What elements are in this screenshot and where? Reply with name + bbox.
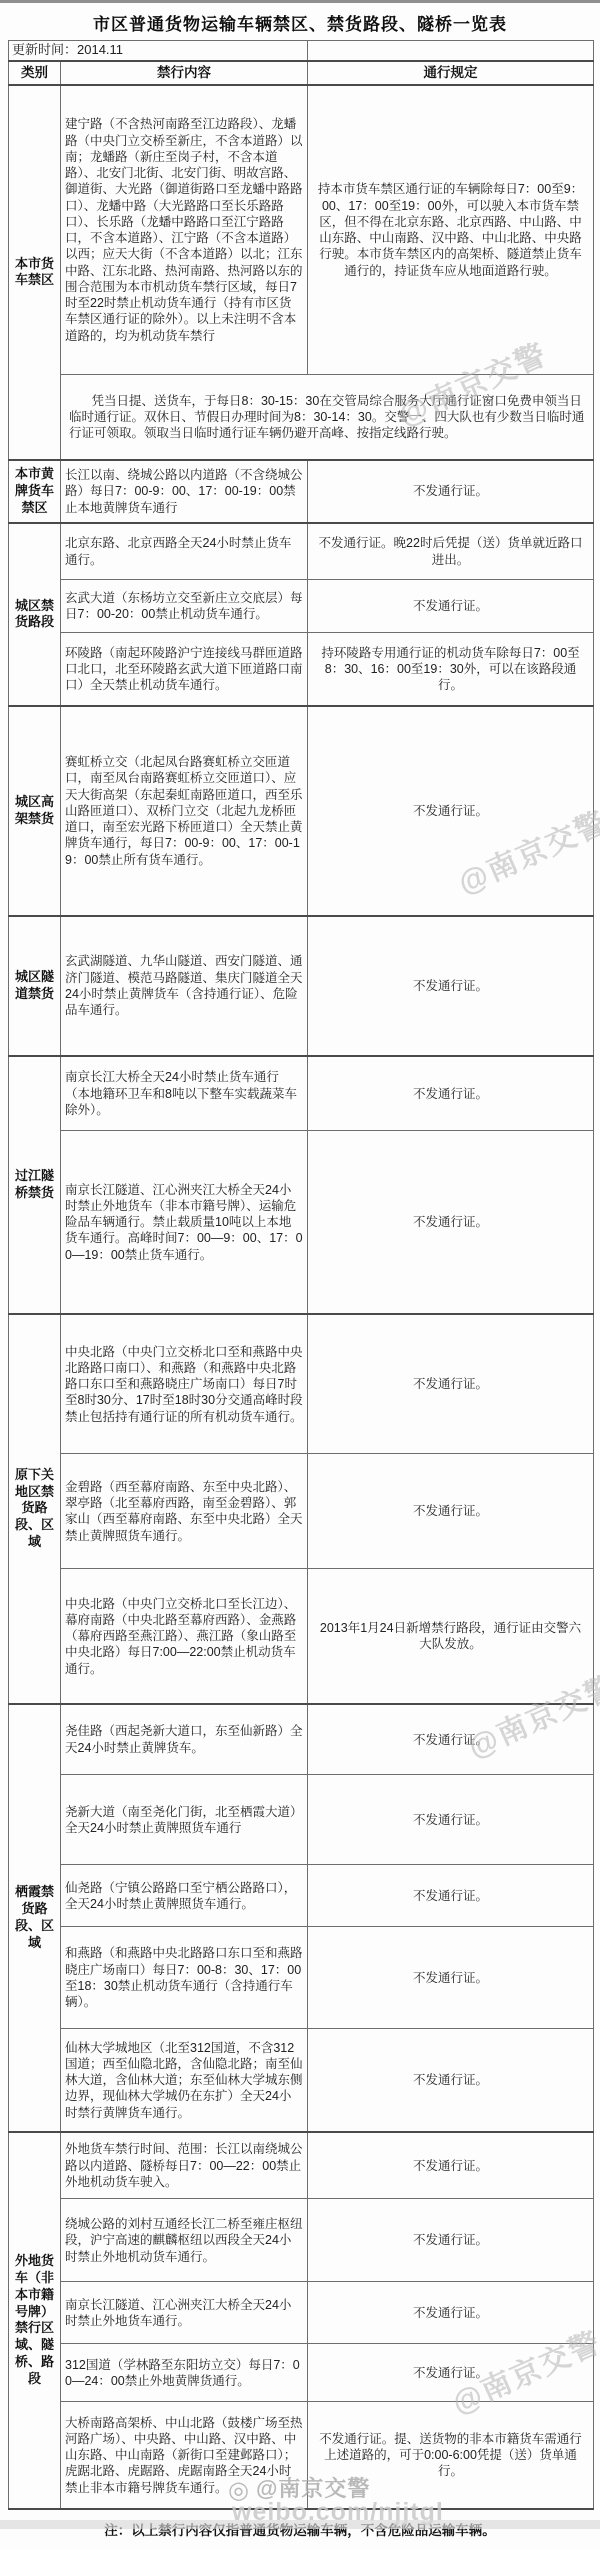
table-row: 外地货车（非本市籍号牌）禁行区域、隧桥、路段外地货车禁行时间、范围：长江以南绕城…: [9, 2132, 594, 2199]
table-row: 中央北路（中央门立交桥北口至长江边）、幕府南路（中央北路至幕府西路）、金燕路（幕…: [9, 1569, 594, 1704]
table-row: 和燕路（和燕路中央北路路口东口至和燕路晓庄广场南口）每日7：00-8：30、17…: [9, 1927, 594, 2029]
regulation-cell: 不发通行证。: [308, 1865, 594, 1927]
merged-note-cell: 凭当日提、送货车，于每日8：30-15：30在交管局综合服务大厅通行证窗口免费申…: [61, 375, 594, 460]
category-cell: 过江隧桥禁货: [9, 1056, 61, 1314]
table-header-row: 类别 禁行内容 通行规定: [9, 61, 594, 85]
category-cell: 外地货车（非本市籍号牌）禁行区域、隧桥、路段: [9, 2132, 61, 2509]
regulation-cell: 不发通行证。: [308, 580, 594, 633]
category-cell: 城区禁货路段: [9, 523, 61, 706]
restriction-content-cell: 仙林大学城地区（北至312国道，不含312国道；西至仙隐北路，含仙隐北路；南至仙…: [61, 2029, 308, 2132]
table-row: 过江隧桥禁货南京长江大桥全天24小时禁止货车通行（本地籍环卫车和8吨以下整车实载…: [9, 1056, 594, 1131]
regulation-cell: 不发通行证。: [308, 1131, 594, 1314]
regulation-cell: 不发通行证。: [308, 1056, 594, 1131]
restriction-content-cell: 玄武湖隧道、九华山隧道、西安门隧道、通济门隧道、模范马路隧道、集庆门隧道全天24…: [61, 916, 308, 1056]
table-row: 凭当日提、送货车，于每日8：30-15：30在交管局综合服务大厅通行证窗口免费申…: [9, 375, 594, 460]
column-header-regulation: 通行规定: [308, 61, 594, 85]
restriction-content-cell: 南京长江隧道、江心洲夹江大桥全天24小时禁止外地货车（非本市籍号牌）、运输危险品…: [61, 1131, 308, 1314]
table-row: 尧新大道（南至尧化门街，北至栖霞大道）全天24小时禁止黄牌照货车通行不发通行证。: [9, 1775, 594, 1865]
table-row: 本市黄牌货车禁区长江以南、绕城公路以内道路（不含绕城公路）每日7：00-9：00…: [9, 460, 594, 523]
regulation-cell: 2013年1月24日新增禁行路段，通行证由交警六大队发放。: [308, 1569, 594, 1704]
restriction-content-cell: 金碧路（西至幕府南路、东至中央北路）、翠亭路（北至幕府西路，南至金碧路）、郭家山…: [61, 1454, 308, 1569]
regulation-cell: 不发通行证。提、送货物的非本市籍货车需通行上述道路的，可于0:00-6:00凭提…: [308, 2402, 594, 2509]
regulation-cell: 不发通行证。: [308, 2344, 594, 2402]
updated-timestamp: 更新时间：2014.11: [9, 41, 308, 61]
page-title: 市区普通货物运输车辆禁区、禁货路段、隧桥一览表: [0, 3, 600, 40]
regulation-cell: 不发通行证。: [308, 460, 594, 523]
restriction-content-cell: 312国道（学林路至东阳坊立交）每日7：00—24：00禁止外地黄牌货通行。: [61, 2344, 308, 2402]
table-row: 玄武大道（东杨坊立交至新庄立交底层）每日7：00-20：00禁止机动货车通行。不…: [9, 580, 594, 633]
regulation-cell: 持本市货车禁区通行证的车辆除每日7：00至9：00、17：00至19：00外，可…: [308, 85, 594, 375]
category-cell: 本市黄牌货车禁区: [9, 460, 61, 523]
table-row: 原下关地区禁货路段、区域中央北路（中央门立交桥北口至和燕路中央北路路口南口）、和…: [9, 1314, 594, 1454]
regulation-cell: 不发通行证。: [308, 2132, 594, 2199]
restriction-content-cell: 大桥南路高架桥、中山北路（鼓楼广场至热河路广场）、中央路、中山路、汉中路、中山东…: [61, 2402, 308, 2509]
restriction-content-cell: 绕城公路的刘村互通经长江二桥至雍庄枢纽段，沪宁高速的麒麟枢纽以西段全天24小时禁…: [61, 2199, 308, 2282]
table-row: 南京长江隧道、江心洲夹江大桥全天24小时禁止外地货车通行。不发通行证。: [9, 2282, 594, 2344]
table-row: 南京长江隧道、江心洲夹江大桥全天24小时禁止外地货车（非本市籍号牌）、运输危险品…: [9, 1131, 594, 1314]
regulation-cell: 不发通行证。: [308, 1314, 594, 1454]
regulation-cell: 不发通行证。: [308, 706, 594, 916]
table-row: 城区高架禁货赛虹桥立交（北起凤台路赛虹桥立交匝道口，南至凤台南路赛虹桥立交匝道口…: [9, 706, 594, 916]
restriction-content-cell: 环陵路（南起环陵路沪宁连接线马群匝道路口北口，北至环陵路玄武大道下匝道路口南口）…: [61, 633, 308, 706]
regulation-cell: 不发通行证。晚22时后凭提（送）货单就近路口进出。: [308, 523, 594, 580]
table-row: 绕城公路的刘村互通经长江二桥至雍庄枢纽段，沪宁高速的麒麟枢纽以西段全天24小时禁…: [9, 2199, 594, 2282]
category-cell: 城区高架禁货: [9, 706, 61, 916]
table-row: 城区禁货路段北京东路、北京西路全天24小时禁止货车通行。不发通行证。晚22时后凭…: [9, 523, 594, 580]
restriction-content-cell: 仙尧路（宁镇公路路口至宁栖公路路口），全天24小时禁止黄牌照货车通行。: [61, 1865, 308, 1927]
table-row: 仙林大学城地区（北至312国道，不含312国道；西至仙隐北路，含仙隐北路；南至仙…: [9, 2029, 594, 2132]
regulation-cell: 不发通行证。: [308, 2199, 594, 2282]
restriction-content-cell: 长江以南、绕城公路以内道路（不含绕城公路）每日7：00-9：00、17：00-1…: [61, 460, 308, 523]
table-row: 城区隧道禁货玄武湖隧道、九华山隧道、西安门隧道、通济门隧道、模范马路隧道、集庆门…: [9, 916, 594, 1056]
restriction-table-wrapper: 更新时间：2014.11 类别 禁行内容 通行规定 本市货车禁区建宁路（不含热河…: [8, 40, 593, 2510]
category-cell: 栖霞禁货路段、区域: [9, 1704, 61, 2132]
restriction-content-cell: 尧佳路（西起尧新大道口，东至仙新路）全天24小时禁止黄牌货车。: [61, 1704, 308, 1775]
column-header-restriction: 禁行内容: [61, 61, 308, 85]
restriction-content-cell: 玄武大道（东杨坊立交至新庄立交底层）每日7：00-20：00禁止机动货车通行。: [61, 580, 308, 633]
restriction-content-cell: 和燕路（和燕路中央北路路口东口至和燕路晓庄广场南口）每日7：00-8：30、17…: [61, 1927, 308, 2029]
table-row: 仙尧路（宁镇公路路口至宁栖公路路口），全天24小时禁止黄牌照货车通行。不发通行证…: [9, 1865, 594, 1927]
restriction-content-cell: 中央北路（中央门立交桥北口至长江边）、幕府南路（中央北路至幕府西路）、金燕路（幕…: [61, 1569, 308, 1704]
restriction-content-cell: 赛虹桥立交（北起凤台路赛虹桥立交匝道口，南至凤台南路赛虹桥立交匝道口）、应天大街…: [61, 706, 308, 916]
table-row: 大桥南路高架桥、中山北路（鼓楼广场至热河路广场）、中央路、中山路、汉中路、中山东…: [9, 2402, 594, 2509]
regulation-cell: 不发通行证。: [308, 1775, 594, 1865]
footer-note: 注：以上禁行内容仅指普通货物运输车辆，不含危险品运输车辆。: [0, 2510, 600, 2549]
regulation-cell: 不发通行证。: [308, 2029, 594, 2132]
category-cell: 城区隧道禁货: [9, 916, 61, 1056]
updated-row: 更新时间：2014.11: [9, 41, 594, 61]
column-header-category: 类别: [9, 61, 61, 85]
category-cell: 本市货车禁区: [9, 85, 61, 460]
restriction-table-body: 本市货车禁区建宁路（不含热河南路至江边路段）、龙蟠路（中央门立交桥至新庄，不含本…: [9, 85, 594, 2509]
updated-row-empty-cell: [308, 41, 594, 61]
document-page: 市区普通货物运输车辆禁区、禁货路段、隧桥一览表 更新时间：2014.11 类别 …: [0, 0, 600, 2549]
regulation-cell: 不发通行证。: [308, 916, 594, 1056]
restriction-content-cell: 南京长江隧道、江心洲夹江大桥全天24小时禁止外地货车通行。: [61, 2282, 308, 2344]
category-cell: 原下关地区禁货路段、区域: [9, 1314, 61, 1704]
table-row: 栖霞禁货路段、区域尧佳路（西起尧新大道口，东至仙新路）全天24小时禁止黄牌货车。…: [9, 1704, 594, 1775]
restriction-content-cell: 南京长江大桥全天24小时禁止货车通行（本地籍环卫车和8吨以下整车实载蔬菜车除外）…: [61, 1056, 308, 1131]
restriction-content-cell: 尧新大道（南至尧化门街，北至栖霞大道）全天24小时禁止黄牌照货车通行: [61, 1775, 308, 1865]
regulation-cell: 不发通行证。: [308, 1454, 594, 1569]
regulation-cell: 持环陵路专用通行证的机动货车除每日7：00至8：30、16：00至19：30外，…: [308, 633, 594, 706]
regulation-cell: 不发通行证。: [308, 2282, 594, 2344]
restriction-content-cell: 中央北路（中央门立交桥北口至和燕路中央北路路口南口）、和燕路（和燕路中央北路路口…: [61, 1314, 308, 1454]
table-row: 金碧路（西至幕府南路、东至中央北路）、翠亭路（北至幕府西路，南至金碧路）、郭家山…: [9, 1454, 594, 1569]
regulation-cell: 不发通行证。: [308, 1704, 594, 1775]
restriction-content-cell: 建宁路（不含热河南路至江边路段）、龙蟠路（中央门立交桥至新庄，不含本道路）以南；…: [61, 85, 308, 375]
restriction-table: 更新时间：2014.11 类别 禁行内容 通行规定 本市货车禁区建宁路（不含热河…: [8, 40, 594, 2510]
table-row: 本市货车禁区建宁路（不含热河南路至江边路段）、龙蟠路（中央门立交桥至新庄，不含本…: [9, 85, 594, 375]
restriction-content-cell: 北京东路、北京西路全天24小时禁止货车通行。: [61, 523, 308, 580]
restriction-content-cell: 外地货车禁行时间、范围：长江以南绕城公路以内道路、隧桥每日7：00—22：00禁…: [61, 2132, 308, 2199]
table-row: 312国道（学林路至东阳坊立交）每日7：00—24：00禁止外地黄牌货通行。不发…: [9, 2344, 594, 2402]
regulation-cell: 不发通行证。: [308, 1927, 594, 2029]
table-row: 环陵路（南起环陵路沪宁连接线马群匝道路口北口，北至环陵路玄武大道下匝道路口南口）…: [9, 633, 594, 706]
